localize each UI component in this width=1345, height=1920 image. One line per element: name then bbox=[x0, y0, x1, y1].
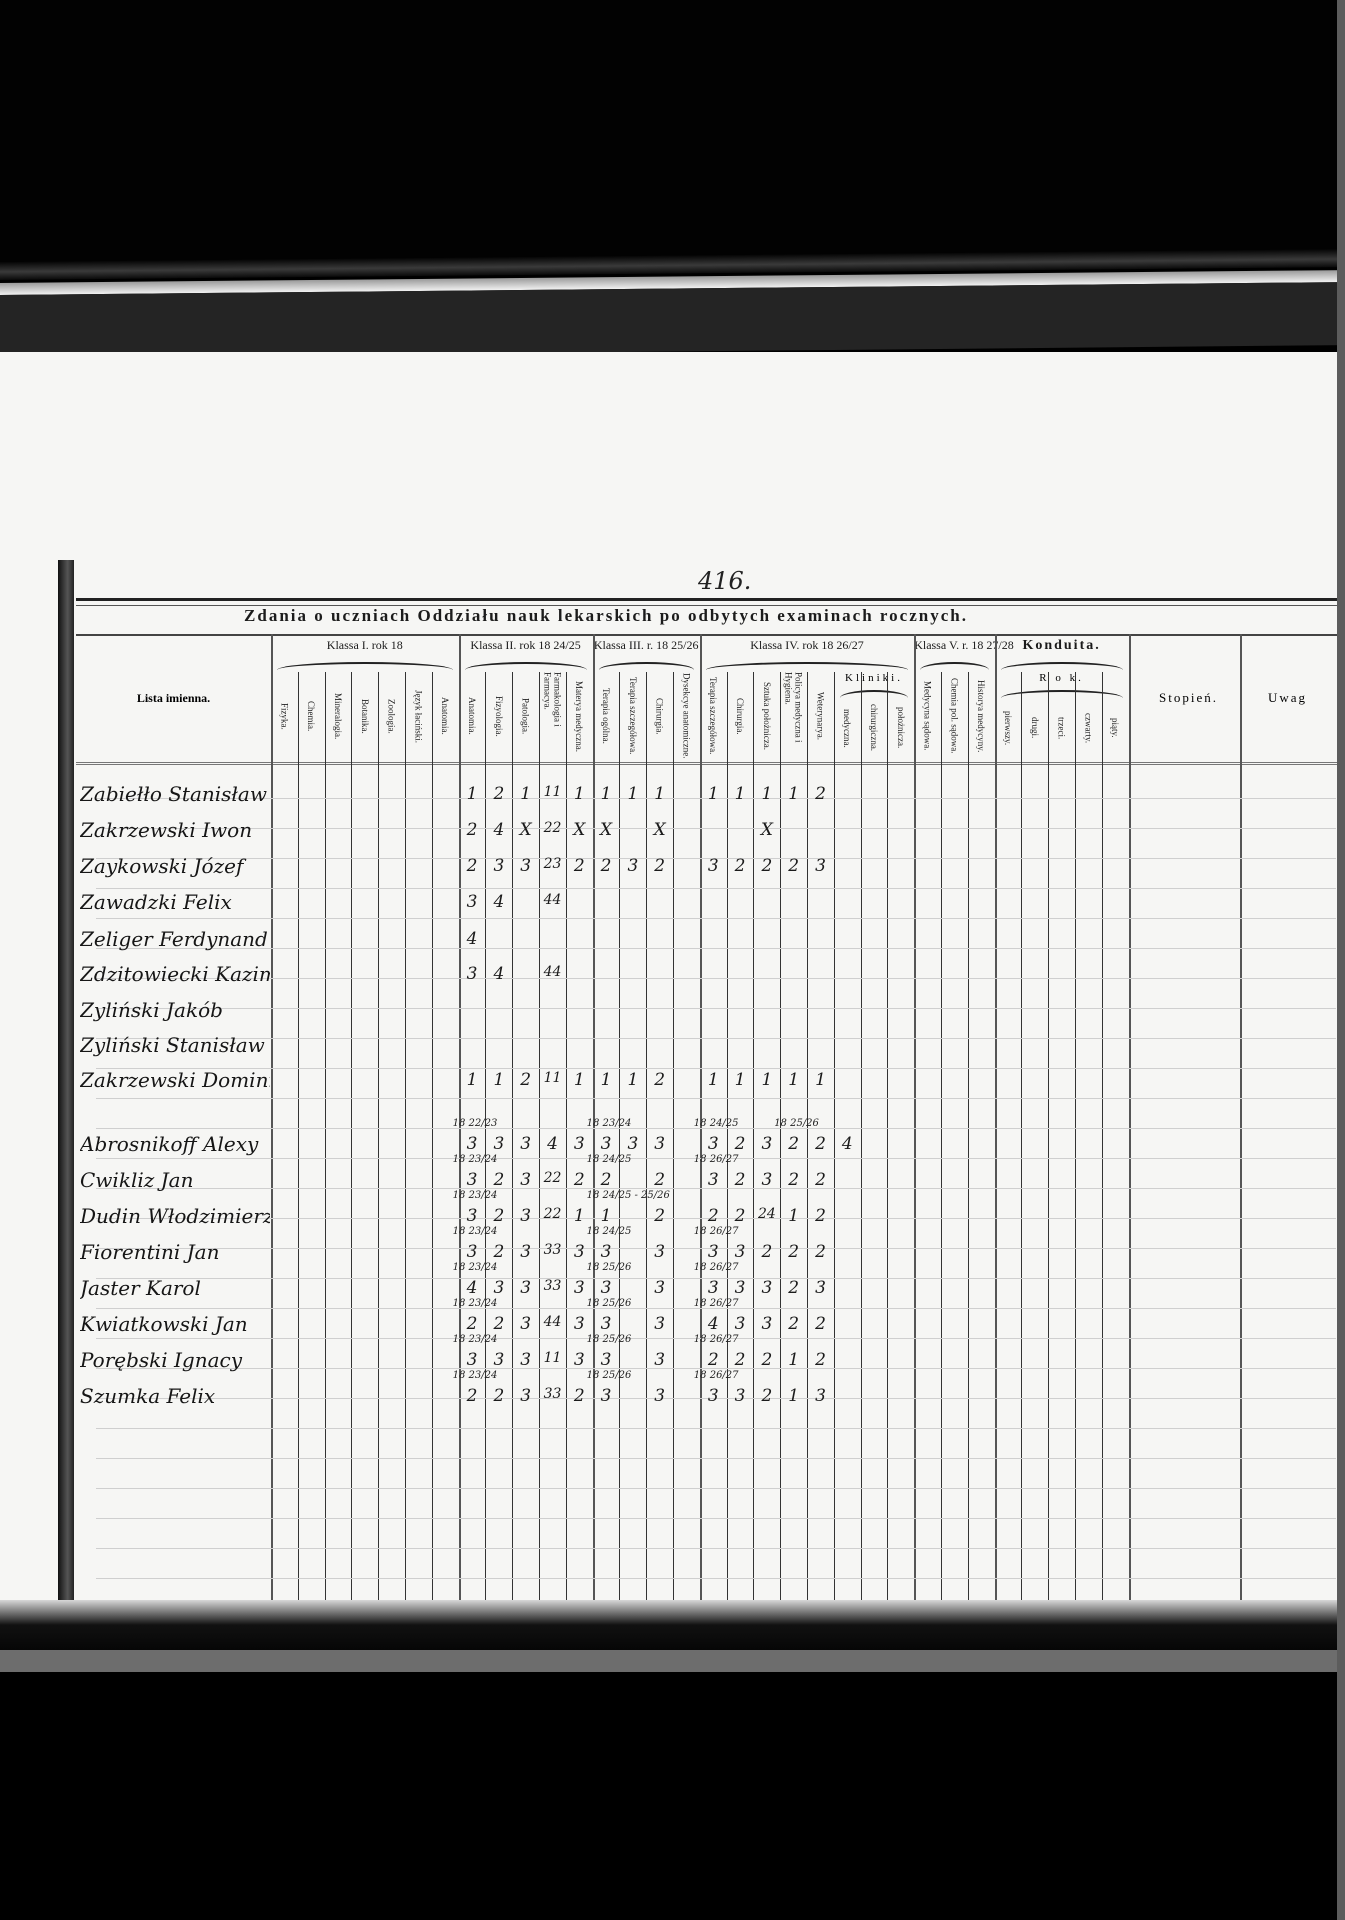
grade-cell: 1 bbox=[780, 1350, 807, 1370]
grade-cell: 3 bbox=[512, 1242, 539, 1262]
grade-cell: 2 bbox=[807, 784, 834, 804]
grade-cell: 1 bbox=[753, 1070, 780, 1090]
grade-cell: 1 bbox=[512, 784, 539, 804]
grade-cell: 3 bbox=[619, 1134, 646, 1154]
student-name: Zaykowski Józef bbox=[80, 854, 270, 878]
row-rule bbox=[96, 1098, 1336, 1099]
grade-cell: 3 bbox=[753, 1134, 780, 1154]
school-year-annotation: 18 26/27 bbox=[694, 1154, 739, 1165]
school-year-annotation: 18 23/24 bbox=[587, 1118, 632, 1129]
subject-header: Język łaciński. bbox=[405, 672, 432, 760]
grade-cell: 3 bbox=[727, 1242, 754, 1262]
student-name: Zakrzewski Iwon bbox=[80, 818, 270, 842]
row-rule bbox=[96, 1458, 1336, 1459]
grade-cell: 1 bbox=[566, 1206, 593, 1226]
grade-cell: 3 bbox=[807, 1278, 834, 1298]
school-year-annotation: 18 25/26 bbox=[587, 1334, 632, 1345]
page-binding-edge bbox=[58, 560, 74, 1670]
subject-header: Terapia szczegółowa. bbox=[619, 672, 646, 760]
scan-right-edge bbox=[1337, 0, 1345, 1920]
school-year-annotation: 18 26/27 bbox=[694, 1334, 739, 1345]
subject-header: drugi. bbox=[1021, 696, 1048, 760]
student-name: Porębski Ignacy bbox=[80, 1348, 270, 1372]
student-row: Zakrzewski Dominik11211111211111 bbox=[76, 1066, 1138, 1096]
grade-cell: 3 bbox=[700, 1278, 727, 1298]
grade-cell: 2 bbox=[780, 1278, 807, 1298]
grade-cell: 1 bbox=[727, 1070, 754, 1090]
grade-cell: 2 bbox=[485, 1386, 512, 1406]
grade-cell: 2 bbox=[485, 1170, 512, 1190]
student-name: Abrosnikoff Alexy bbox=[80, 1132, 270, 1156]
group-brace bbox=[599, 662, 694, 670]
group-header: Klassa II. rok 18 24/25 bbox=[459, 638, 593, 658]
grade-cell: 2 bbox=[459, 820, 486, 840]
grade-cell: 4 bbox=[485, 964, 512, 984]
grade-cell: 3 bbox=[459, 892, 486, 912]
grade-cell: 3 bbox=[512, 1314, 539, 1334]
grade-cell: 33 bbox=[539, 1386, 566, 1402]
grade-cell: 1 bbox=[780, 1206, 807, 1226]
grade-cell: 3 bbox=[807, 856, 834, 876]
grade-cell: 3 bbox=[753, 1314, 780, 1334]
grade-cell: 1 bbox=[459, 1070, 486, 1090]
grade-cell: 1 bbox=[566, 784, 593, 804]
grade-cell: 3 bbox=[727, 1314, 754, 1334]
grade-cell: 3 bbox=[619, 856, 646, 876]
grade-cell: 1 bbox=[619, 1070, 646, 1090]
student-row: Szumka Felix223332333321318 23/2418 25/2… bbox=[76, 1382, 1138, 1412]
grade-cell: 4 bbox=[485, 820, 512, 840]
grade-cell: 44 bbox=[539, 1314, 566, 1330]
school-year-annotation: 18 23/24 bbox=[453, 1262, 498, 1273]
student-name: Zyliński Jakób bbox=[80, 998, 270, 1022]
grade-cell: 3 bbox=[700, 1134, 727, 1154]
grade-cell: 2 bbox=[727, 856, 754, 876]
student-name: Szumka Felix bbox=[80, 1384, 270, 1408]
grade-cell: 2 bbox=[700, 1350, 727, 1370]
student-row: Zaykowski Józef23323223232223 bbox=[76, 852, 1138, 882]
header-lista-imienna: Lista imienna. bbox=[76, 634, 271, 762]
grade-cell: 3 bbox=[459, 964, 486, 984]
subject-header: Chirurgia. bbox=[727, 672, 754, 760]
grade-cell: 2 bbox=[485, 1242, 512, 1262]
grade-cell: 3 bbox=[700, 1242, 727, 1262]
grade-cell: 2 bbox=[700, 1206, 727, 1226]
row-rule bbox=[96, 1428, 1336, 1429]
student-name: Cwikliz Jan bbox=[80, 1168, 270, 1192]
grade-cell: 3 bbox=[566, 1134, 593, 1154]
grade-cell: 2 bbox=[727, 1350, 754, 1370]
grade-cell: 24 bbox=[753, 1206, 780, 1222]
row-rule bbox=[96, 1548, 1336, 1549]
grade-cell: 3 bbox=[753, 1170, 780, 1190]
student-row: Zyliński Stanisław bbox=[76, 1031, 1138, 1061]
grade-cell: 2 bbox=[753, 1386, 780, 1406]
grade-cell: 1 bbox=[780, 1070, 807, 1090]
subject-header: Materya medyczna. bbox=[566, 672, 593, 760]
grade-cell: 1 bbox=[485, 1070, 512, 1090]
subject-header: Historya medycyny. bbox=[968, 672, 995, 760]
grade-cell: 4 bbox=[459, 929, 486, 949]
grade-cell: 2 bbox=[807, 1350, 834, 1370]
grade-cell: 3 bbox=[753, 1278, 780, 1298]
grade-cell: 1 bbox=[459, 784, 486, 804]
grade-cell: 3 bbox=[512, 1386, 539, 1406]
grade-cell: 3 bbox=[512, 1170, 539, 1190]
grade-cell: 1 bbox=[700, 784, 727, 804]
student-name: Jaster Karol bbox=[80, 1276, 270, 1300]
grade-cell: 3 bbox=[593, 1242, 620, 1262]
student-name: Zakrzewski Dominik bbox=[80, 1068, 270, 1092]
group-brace bbox=[920, 662, 988, 670]
grade-cell: 2 bbox=[807, 1206, 834, 1226]
grade-cell: 2 bbox=[780, 1242, 807, 1262]
header-uwagi: Uwag bbox=[1240, 634, 1338, 762]
school-year-annotation: 18 22/23 bbox=[453, 1118, 498, 1129]
grade-cell: 44 bbox=[539, 892, 566, 908]
school-year-annotation: 18 24/25 bbox=[587, 1154, 632, 1165]
grade-cell: 3 bbox=[512, 1278, 539, 1298]
school-year-annotation: 18 24/25 - 25/26 bbox=[587, 1190, 670, 1201]
grade-cell: 3 bbox=[459, 1206, 486, 1226]
student-name: Fiorentini Jan bbox=[80, 1240, 270, 1264]
school-year-annotation: 18 23/24 bbox=[453, 1154, 498, 1165]
grade-cell: 1 bbox=[753, 784, 780, 804]
school-year-annotation: 18 23/24 bbox=[453, 1226, 498, 1237]
grade-cell: 2 bbox=[780, 1314, 807, 1334]
subject-header: pierwszy. bbox=[995, 696, 1022, 760]
grade-cell: 2 bbox=[753, 1242, 780, 1262]
grade-cell: 3 bbox=[512, 1206, 539, 1226]
grade-cell: 3 bbox=[700, 1386, 727, 1406]
header-stopien: Stopień. bbox=[1137, 634, 1240, 762]
grade-cell: 1 bbox=[727, 784, 754, 804]
student-row: Zawadzki Felix3444 bbox=[76, 888, 1138, 918]
subject-header: Mineralogia. bbox=[325, 672, 352, 760]
subject-header: Weterynarya. bbox=[807, 672, 834, 760]
grade-cell: 1 bbox=[593, 784, 620, 804]
grade-cell: 3 bbox=[727, 1386, 754, 1406]
grade-cell: 3 bbox=[700, 1170, 727, 1190]
grade-cell: 3 bbox=[512, 1350, 539, 1370]
grade-cell: 2 bbox=[485, 1314, 512, 1334]
school-year-annotation: 18 25/26 bbox=[587, 1370, 632, 1381]
grade-cell: 3 bbox=[646, 1134, 673, 1154]
school-year-annotation: 18 26/27 bbox=[694, 1298, 739, 1309]
grade-cell: 2 bbox=[459, 1386, 486, 1406]
grade-cell: 2 bbox=[780, 856, 807, 876]
group-brace bbox=[465, 662, 587, 670]
grade-cell: 2 bbox=[807, 1134, 834, 1154]
column-rule bbox=[1240, 634, 1242, 1608]
page-title: Zdania o uczniach Oddziału nauk lekarski… bbox=[76, 606, 1136, 626]
student-row: Zdzitowiecki Kazimierz3444 bbox=[76, 960, 1138, 990]
school-year-annotation: 18 23/24 bbox=[453, 1190, 498, 1201]
school-year-annotation: 18 25/26 bbox=[587, 1262, 632, 1273]
subject-header: Dysekcye anatomiczne. bbox=[673, 672, 700, 760]
grade-cell: 1 bbox=[807, 1070, 834, 1090]
subject-header: piąty. bbox=[1102, 696, 1129, 760]
school-year-annotation: 18 23/24 bbox=[453, 1334, 498, 1345]
grade-cell: 44 bbox=[539, 964, 566, 980]
subject-header: Fizyka. bbox=[271, 672, 298, 760]
grade-cell: 3 bbox=[807, 1386, 834, 1406]
subject-header: Farmakologia i Farmacya. bbox=[539, 672, 566, 760]
subject-header: chirurgiczna. bbox=[861, 696, 888, 760]
grade-cell: 3 bbox=[700, 856, 727, 876]
grade-cell: 33 bbox=[539, 1278, 566, 1294]
subject-header: położnicza. bbox=[887, 696, 914, 760]
group-header: Klassa III. r. 18 25/26 bbox=[593, 638, 700, 658]
grade-cell: 3 bbox=[485, 856, 512, 876]
scan-top-black bbox=[0, 0, 1345, 262]
grade-cell: 3 bbox=[566, 1314, 593, 1334]
subject-header: trzeci. bbox=[1048, 696, 1075, 760]
scan-bottom-grey bbox=[0, 1650, 1337, 1672]
grade-cell: 2 bbox=[646, 1206, 673, 1226]
school-year-annotation: 18 24/25 bbox=[587, 1226, 632, 1237]
grade-cell: 2 bbox=[727, 1134, 754, 1154]
grade-cell: 4 bbox=[539, 1134, 566, 1154]
grade-cell: 22 bbox=[539, 1170, 566, 1186]
subject-header: Chemia. bbox=[298, 672, 325, 760]
grade-cell: 3 bbox=[593, 1278, 620, 1298]
grade-cell: 2 bbox=[566, 856, 593, 876]
grade-cell: 2 bbox=[512, 1070, 539, 1090]
grade-cell: 2 bbox=[780, 1170, 807, 1190]
row-rule bbox=[96, 918, 1336, 919]
grade-cell: 2 bbox=[727, 1170, 754, 1190]
subject-header: medyczna. bbox=[834, 696, 861, 760]
group-header: Klassa IV. rok 18 26/27 bbox=[700, 638, 914, 658]
grade-cell: 2 bbox=[807, 1242, 834, 1262]
grade-cell: X bbox=[566, 820, 593, 840]
group-brace bbox=[1001, 662, 1123, 670]
grade-cell: 1 bbox=[780, 784, 807, 804]
grade-cell: 2 bbox=[753, 1350, 780, 1370]
grade-cell: X bbox=[753, 820, 780, 840]
subject-header: Zoologia. bbox=[378, 672, 405, 760]
student-name: Zawadzki Felix bbox=[80, 890, 270, 914]
subject-header: Terapia ogólna. bbox=[593, 672, 620, 760]
grade-cell: 2 bbox=[646, 856, 673, 876]
student-name: Zyliński Stanisław bbox=[80, 1033, 270, 1057]
group-brace bbox=[706, 662, 908, 670]
subject-header: Chirurgia. bbox=[646, 672, 673, 760]
subject-header: Terapia szczegółowa. bbox=[700, 672, 727, 760]
grade-cell: 2 bbox=[780, 1134, 807, 1154]
student-name: Kwiatkowski Jan bbox=[80, 1312, 270, 1336]
school-year-annotation: 18 26/27 bbox=[694, 1226, 739, 1237]
school-year-annotation: 18 26/27 bbox=[694, 1262, 739, 1273]
grade-cell: 3 bbox=[646, 1314, 673, 1334]
grade-cell: 11 bbox=[539, 1350, 566, 1366]
grade-cell: 11 bbox=[539, 784, 566, 800]
grade-cell: 3 bbox=[593, 1386, 620, 1406]
grade-cell: 1 bbox=[780, 1386, 807, 1406]
row-rule bbox=[96, 1518, 1336, 1519]
student-row: Zabiełło Stanisław12111111111112 bbox=[76, 780, 1138, 810]
school-year-annotation: 18 24/25 bbox=[694, 1118, 739, 1129]
subgroup-header: R o k. bbox=[995, 672, 1129, 692]
grade-cell: 2 bbox=[593, 856, 620, 876]
grade-cell: X bbox=[646, 820, 673, 840]
school-year-annotation: 18 25/26 bbox=[774, 1118, 819, 1129]
subject-header: czwarty. bbox=[1075, 696, 1102, 760]
grade-cell: 3 bbox=[593, 1350, 620, 1370]
grade-cell: 3 bbox=[593, 1134, 620, 1154]
school-year-annotation: 18 25/26 bbox=[587, 1298, 632, 1309]
grade-cell: 2 bbox=[459, 856, 486, 876]
grade-cell: 3 bbox=[727, 1278, 754, 1298]
grade-cell: 3 bbox=[485, 1278, 512, 1298]
grade-cell: 1 bbox=[619, 784, 646, 804]
subject-header: Anatomia. bbox=[432, 672, 459, 760]
scan-bottom-shadow bbox=[0, 1600, 1337, 1650]
student-row: Zakrzewski Iwon24X22XXXX bbox=[76, 816, 1138, 846]
grade-cell: X bbox=[593, 820, 620, 840]
row-rule bbox=[96, 1578, 1336, 1579]
grade-cell: 22 bbox=[539, 820, 566, 836]
grade-cell: 2 bbox=[566, 1386, 593, 1406]
subject-header: Sztuka położnicza. bbox=[753, 672, 780, 760]
grade-cell: 11 bbox=[539, 1070, 566, 1086]
grade-cell: 3 bbox=[485, 1134, 512, 1154]
grade-cell: 2 bbox=[566, 1170, 593, 1190]
subject-header: Medycyna sądowa. bbox=[914, 672, 941, 760]
grade-cell: 3 bbox=[646, 1350, 673, 1370]
grade-cell: 3 bbox=[566, 1278, 593, 1298]
grade-cell: 2 bbox=[807, 1170, 834, 1190]
group-header: Klassa V. r. 18 27/28 bbox=[914, 638, 994, 658]
grade-cell: 3 bbox=[512, 856, 539, 876]
grade-cell: 4 bbox=[459, 1278, 486, 1298]
school-year-annotation: 18 26/27 bbox=[694, 1370, 739, 1381]
grade-cell: 2 bbox=[593, 1170, 620, 1190]
row-rule bbox=[96, 1488, 1336, 1489]
grade-cell: 2 bbox=[485, 1206, 512, 1226]
subject-header: Chemia pol. sądowa. bbox=[941, 672, 968, 760]
grade-cell: 3 bbox=[646, 1278, 673, 1298]
subject-header: Anatomia. bbox=[459, 672, 486, 760]
grade-cell: 3 bbox=[459, 1134, 486, 1154]
group-brace bbox=[277, 662, 453, 670]
student-name: Zabiełło Stanisław bbox=[80, 782, 270, 806]
student-row: Zeliger Ferdynand4 bbox=[76, 925, 1138, 955]
grade-cell: 2 bbox=[646, 1070, 673, 1090]
student-name: Zeliger Ferdynand bbox=[80, 927, 270, 951]
grade-cell: 2 bbox=[807, 1314, 834, 1334]
grade-cell: 3 bbox=[566, 1242, 593, 1262]
grade-cell: 1 bbox=[700, 1070, 727, 1090]
grade-cell: 1 bbox=[646, 784, 673, 804]
header-bottom-rule bbox=[76, 762, 1338, 765]
grade-cell: 2 bbox=[727, 1206, 754, 1226]
page-number: 416. bbox=[698, 567, 751, 595]
group-header: Konduita. bbox=[995, 638, 1129, 658]
grade-cell: 4 bbox=[700, 1314, 727, 1334]
subject-header: Botanika. bbox=[351, 672, 378, 760]
subject-header: Policya medyczna i Hygiena. bbox=[780, 672, 807, 760]
grade-cell: 2 bbox=[459, 1314, 486, 1334]
scan-top-grey-band bbox=[0, 282, 1345, 358]
grade-cell: 4 bbox=[834, 1134, 861, 1154]
grade-cell: 23 bbox=[539, 856, 566, 872]
student-name: Zdzitowiecki Kazimierz bbox=[80, 962, 270, 986]
grade-cell: 3 bbox=[593, 1314, 620, 1334]
grade-cell: 2 bbox=[646, 1170, 673, 1190]
grade-cell: 4 bbox=[485, 892, 512, 912]
group-header: Klassa I. rok 18 bbox=[271, 638, 459, 658]
subject-header: Fizyologia. bbox=[485, 672, 512, 760]
grade-cell: 1 bbox=[593, 1206, 620, 1226]
subgroup-header: Kliniki. bbox=[834, 672, 914, 692]
scan-bottom-black bbox=[0, 1672, 1345, 1920]
grade-cell: 3 bbox=[459, 1242, 486, 1262]
grade-cell: X bbox=[512, 820, 539, 840]
school-year-annotation: 18 23/24 bbox=[453, 1298, 498, 1309]
school-year-annotation: 18 23/24 bbox=[453, 1370, 498, 1381]
grades-table: Zdania o uczniach Oddziału nauk lekarski… bbox=[76, 598, 1338, 1608]
grade-cell: 22 bbox=[539, 1206, 566, 1222]
subject-header: Patologia. bbox=[512, 672, 539, 760]
grade-cell: 3 bbox=[459, 1350, 486, 1370]
grade-cell: 3 bbox=[646, 1386, 673, 1406]
grade-cell: 1 bbox=[566, 1070, 593, 1090]
grade-cell: 3 bbox=[646, 1242, 673, 1262]
grade-cell: 2 bbox=[753, 856, 780, 876]
grade-cell: 3 bbox=[566, 1350, 593, 1370]
grade-cell: 3 bbox=[485, 1350, 512, 1370]
grade-cell: 3 bbox=[459, 1170, 486, 1190]
grade-cell: 2 bbox=[485, 784, 512, 804]
student-row: Zyliński Jakób bbox=[76, 996, 1138, 1026]
grade-cell: 33 bbox=[539, 1242, 566, 1258]
top-rule bbox=[76, 598, 1338, 606]
student-name: Dudin Włodzimierz bbox=[80, 1204, 270, 1228]
grade-cell: 1 bbox=[593, 1070, 620, 1090]
grade-cell: 3 bbox=[512, 1134, 539, 1154]
